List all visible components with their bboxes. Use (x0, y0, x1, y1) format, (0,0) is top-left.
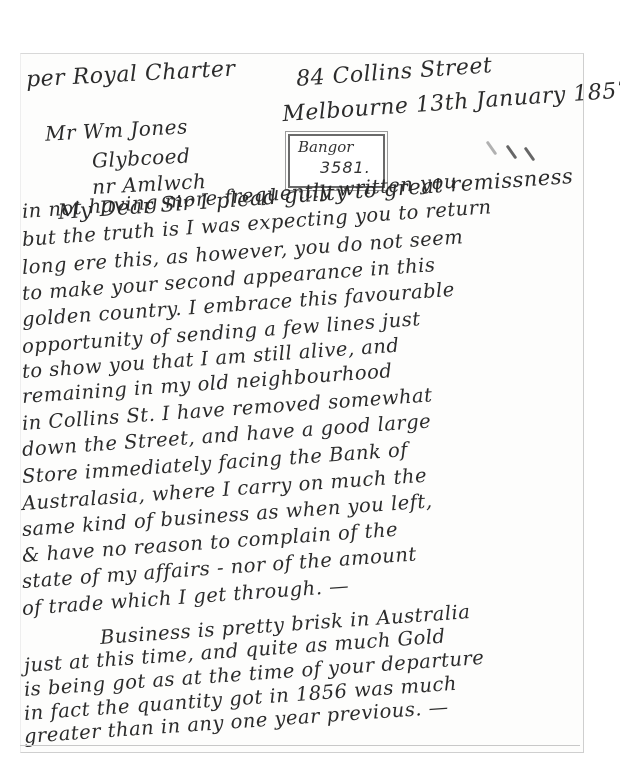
page-bottom-edge (20, 745, 580, 746)
recipient-place: Glybcoed (91, 143, 190, 172)
stamp-number: 3581. (320, 158, 371, 177)
stamp-location: Bangor (298, 138, 353, 156)
